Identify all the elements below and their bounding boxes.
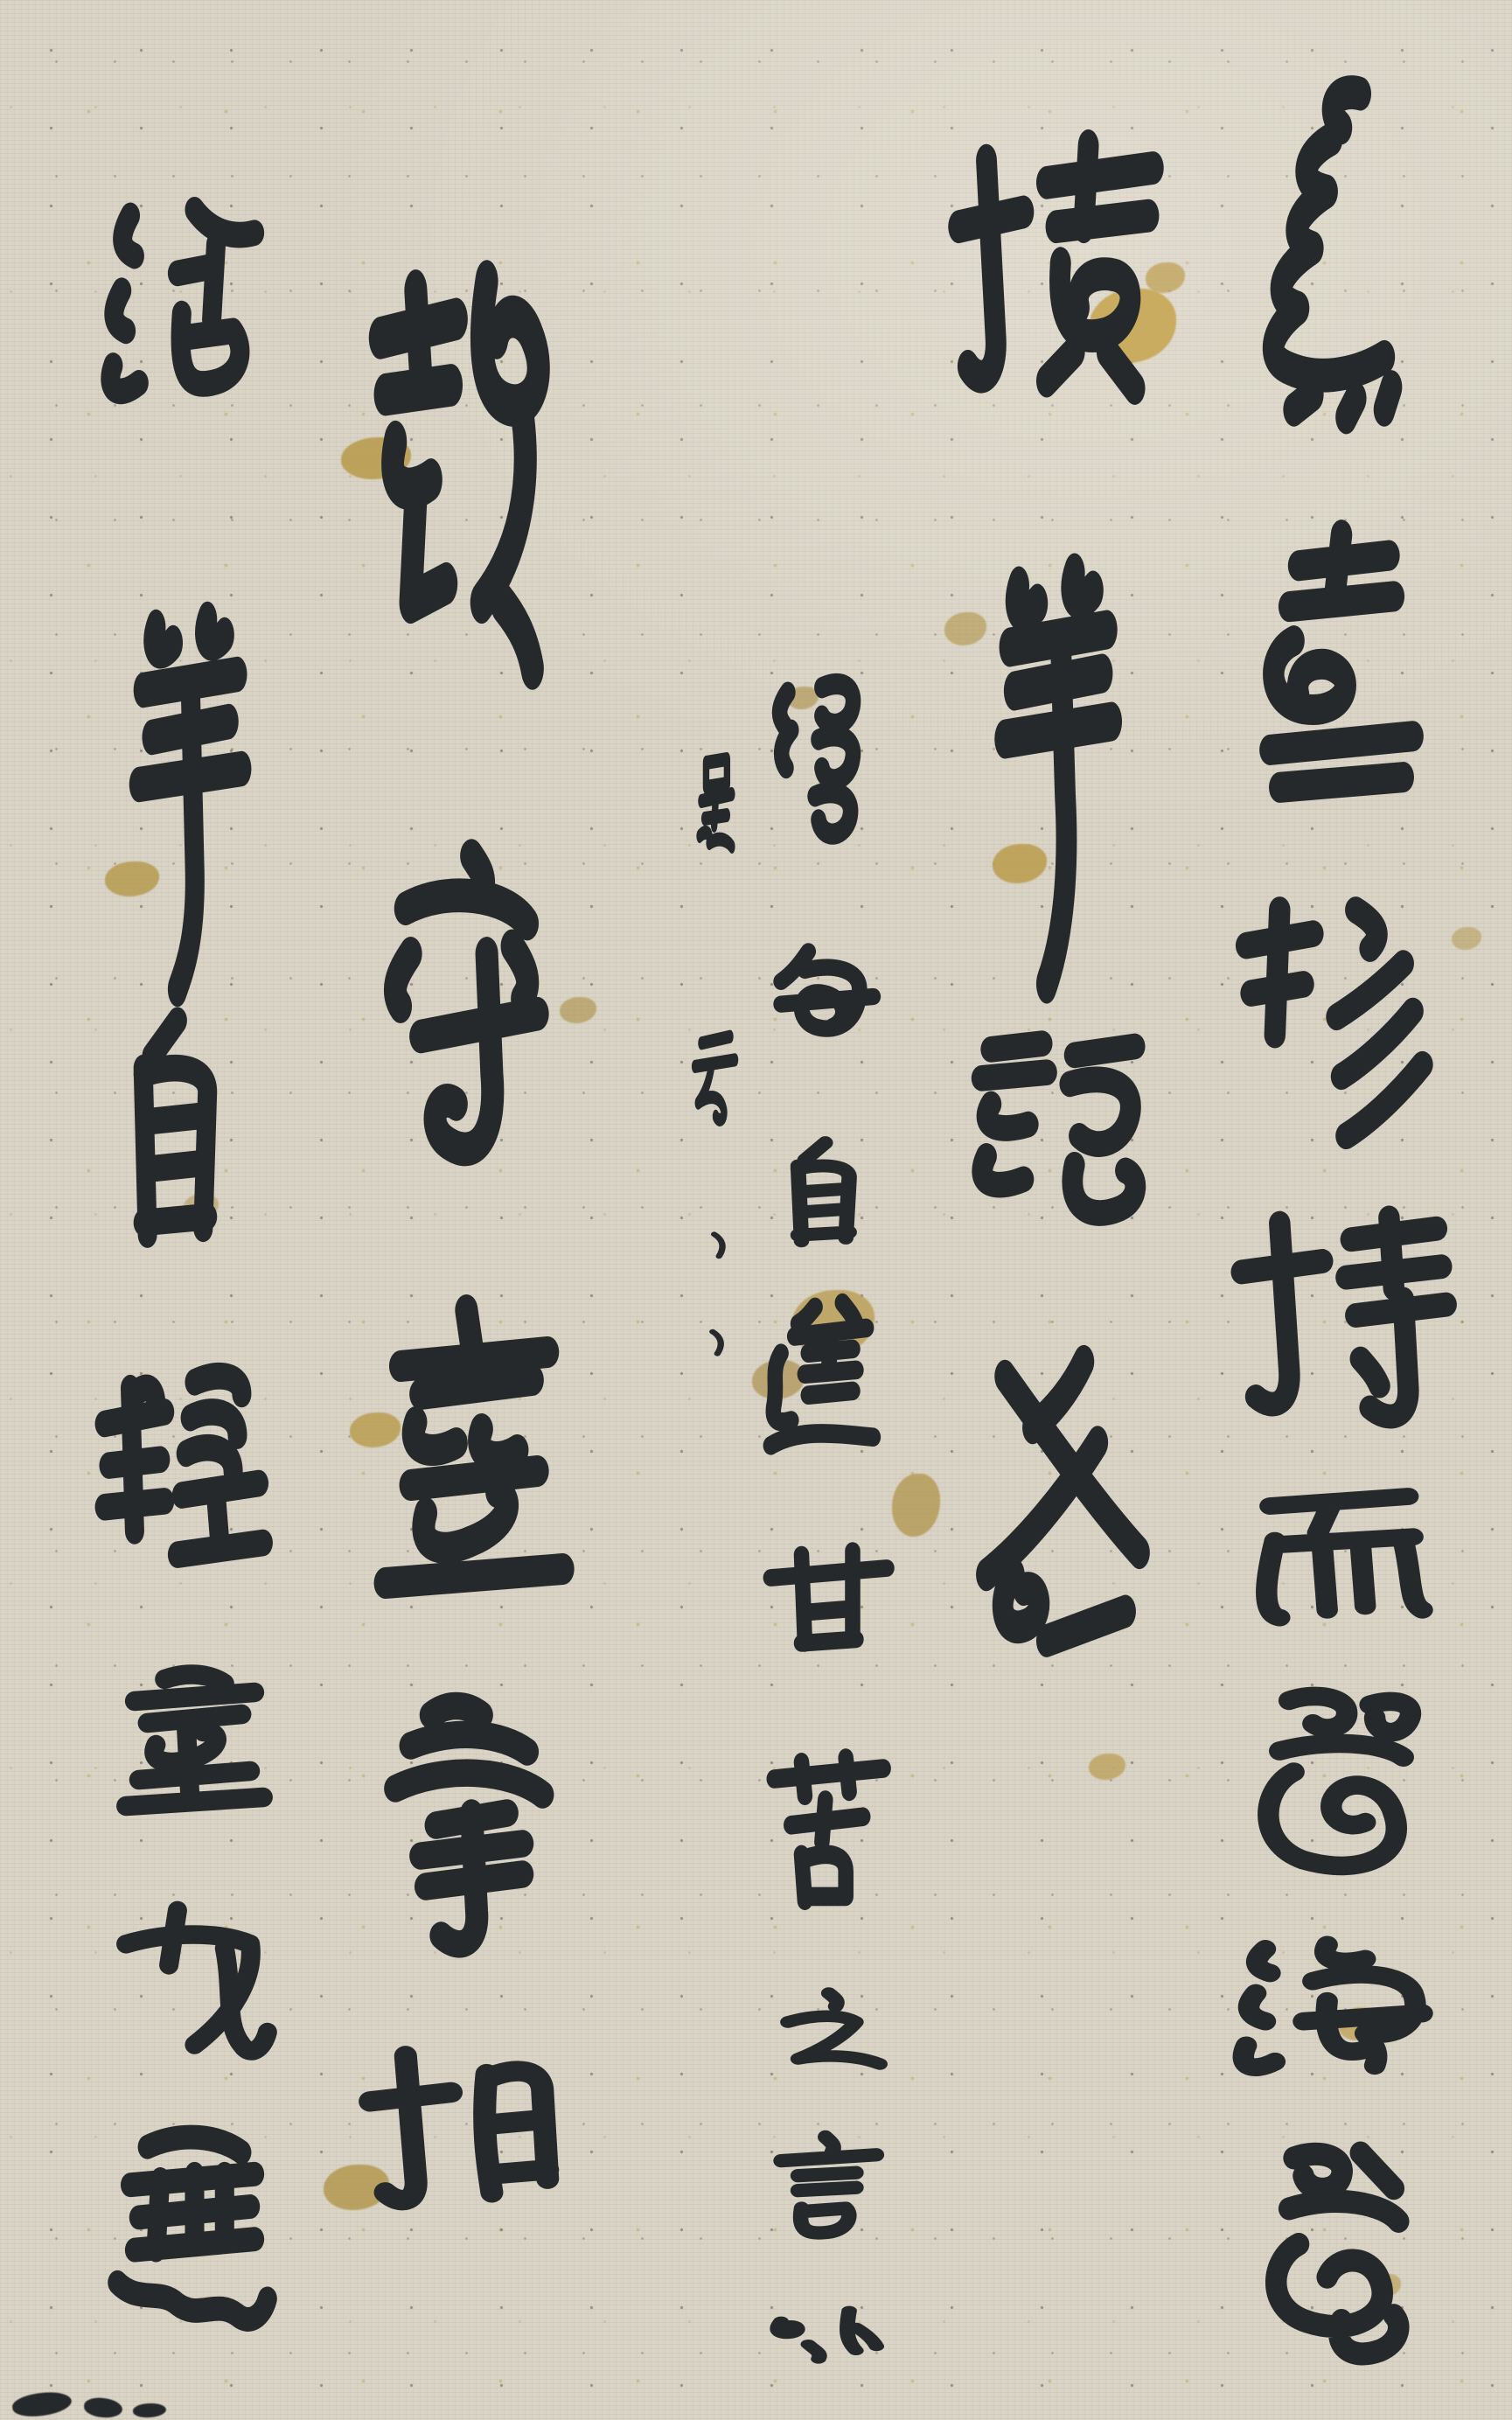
cropped-ink-mark <box>11 2389 73 2419</box>
calligraphy-scan <box>0 0 1512 2420</box>
cropped-ink-mark <box>132 2403 166 2419</box>
cropped-edge-marks-layer <box>0 0 1512 2420</box>
cropped-ink-mark <box>83 2396 123 2419</box>
